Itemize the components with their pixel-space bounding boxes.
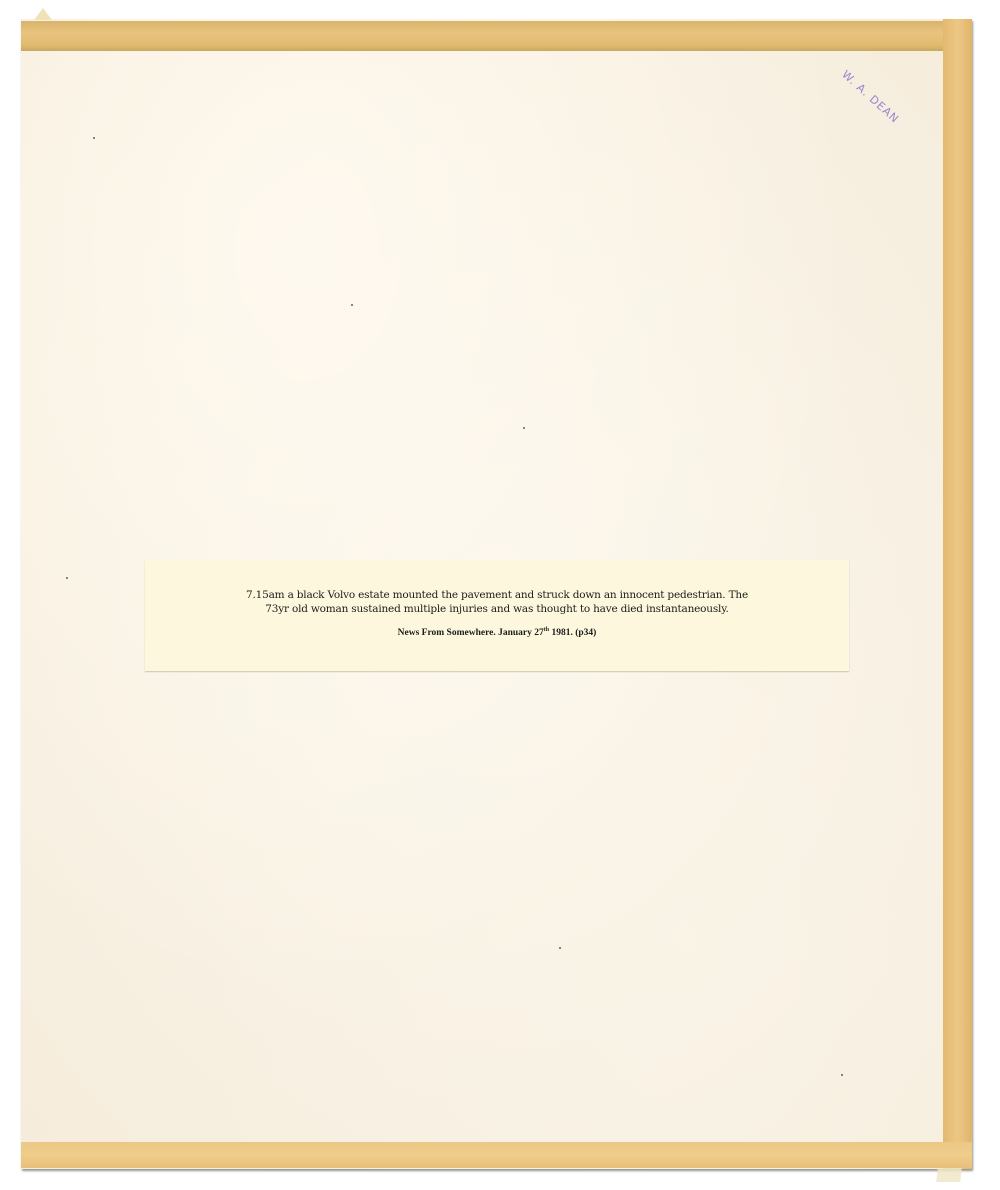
tape-flap-bottom-right (936, 1168, 961, 1182)
caption-label: 7.15am a black Volvo estate mounted the … (145, 560, 849, 671)
speck (523, 427, 525, 429)
speck (841, 1074, 843, 1076)
citation-source: News From Somewhere. January 27 (398, 628, 544, 638)
speck (66, 577, 68, 579)
tape-right-edge (943, 19, 972, 1169)
tape-bottom-edge (21, 1142, 972, 1168)
speck (93, 137, 95, 139)
speck (351, 304, 353, 306)
mounting-board: 7.15am a black Volvo estate mounted the … (21, 19, 972, 1169)
caption-line-1: 7.15am a black Volvo estate mounted the … (145, 588, 849, 602)
citation-year-page: 1981. (p34) (549, 628, 596, 638)
tape-flap-top-left (34, 8, 52, 20)
tape-top-edge (21, 21, 972, 51)
speck (559, 947, 561, 949)
caption-text: 7.15am a black Volvo estate mounted the … (145, 588, 849, 616)
caption-line-2: 73yr old woman sustained multiple injuri… (145, 602, 849, 616)
citation: News From Somewhere. January 27th 1981. … (145, 627, 849, 638)
